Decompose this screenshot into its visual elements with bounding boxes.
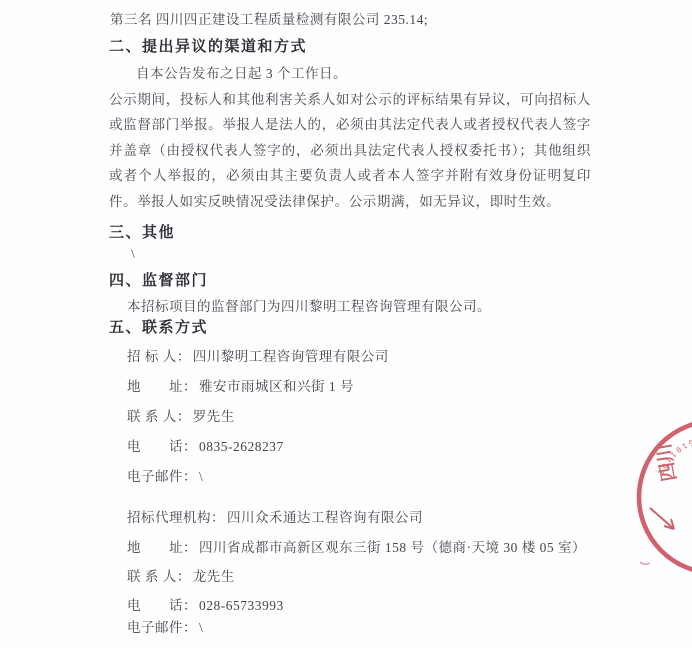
agency-contact-row: 联 系 人：龙先生 (127, 565, 235, 585)
address-value: 四川省成都市高新区观东三街 158 号（德商·天境 30 楼 05 室） (199, 536, 586, 556)
section-3-heading: 三、其他 (109, 221, 175, 242)
tenderer-row: 招 标 人：四川黎明工程咨询管理有限公司 (127, 345, 389, 365)
tenderer-address-row: 地 址：雅安市雨城区和兴街 1 号 (127, 375, 354, 395)
tenderer-phone-row: 电 话：0835-2628237 (127, 435, 284, 455)
agency-address-row: 地 址：四川省成都市高新区观东三街 158 号（德商·天境 30 楼 05 室） (127, 536, 586, 556)
section-4-heading: 四、监督部门 (109, 269, 208, 290)
company-seal-icon: 6101101 四川 (600, 396, 692, 606)
agency-email-row: 电子邮件：\ (127, 616, 203, 636)
agency-phone-row: 电 话：028-65733993 (127, 594, 284, 614)
seal-arrow-mark (650, 508, 674, 529)
phone-label: 电 话： (127, 594, 197, 614)
phone-value: 0835-2628237 (199, 439, 284, 455)
tenderer-email-row: 电子邮件：\ (127, 465, 203, 485)
tenderer-value: 四川黎明工程咨询管理有限公司 (193, 345, 389, 365)
section-5-heading: 五、联系方式 (109, 316, 208, 337)
email-label: 电子邮件： (127, 465, 197, 485)
seal-smudge (640, 562, 650, 564)
agency-row: 招标代理机构：四川众禾通达工程咨询有限公司 (127, 506, 423, 526)
agency-value: 四川众禾通达工程咨询有限公司 (227, 506, 423, 526)
result-line-third-place: 第三名 四川四正建设工程质量检测有限公司 235.14; (110, 8, 428, 28)
section-2-heading: 二、提出异议的渠道和方式 (109, 35, 307, 56)
address-label: 地 址： (127, 375, 197, 395)
objection-period-line: 自本公告发布之日起 3 个工作日。 (136, 62, 347, 82)
contact-label: 联 系 人： (127, 405, 191, 425)
email-label: 电子邮件： (127, 616, 197, 636)
tenderer-label: 招 标 人： (127, 345, 191, 365)
agency-label: 招标代理机构： (127, 506, 225, 526)
email-value: \ (199, 620, 203, 636)
objection-paragraph: 公示期间，投标人和其他利害关系人如对公示的评标结果有异议，可向招标人或监督部门举… (109, 87, 591, 214)
email-value: \ (199, 469, 203, 485)
address-label: 地 址： (127, 536, 197, 556)
phone-label: 电 话： (127, 435, 197, 455)
section-4-content: 本招标项目的监督部门为四川黎明工程咨询管理有限公司。 (127, 295, 491, 315)
address-value: 雅安市雨城区和兴街 1 号 (199, 375, 354, 395)
section-3-content: \ (131, 246, 135, 262)
phone-value: 028-65733993 (199, 598, 284, 614)
document-page: 第三名 四川四正建设工程质量检测有限公司 235.14; 二、提出异议的渠道和方… (0, 0, 692, 648)
contact-value: 罗先生 (193, 405, 235, 425)
contact-label: 联 系 人： (127, 565, 191, 585)
tenderer-contact-row: 联 系 人：罗先生 (127, 405, 235, 425)
contact-value: 龙先生 (193, 565, 235, 585)
